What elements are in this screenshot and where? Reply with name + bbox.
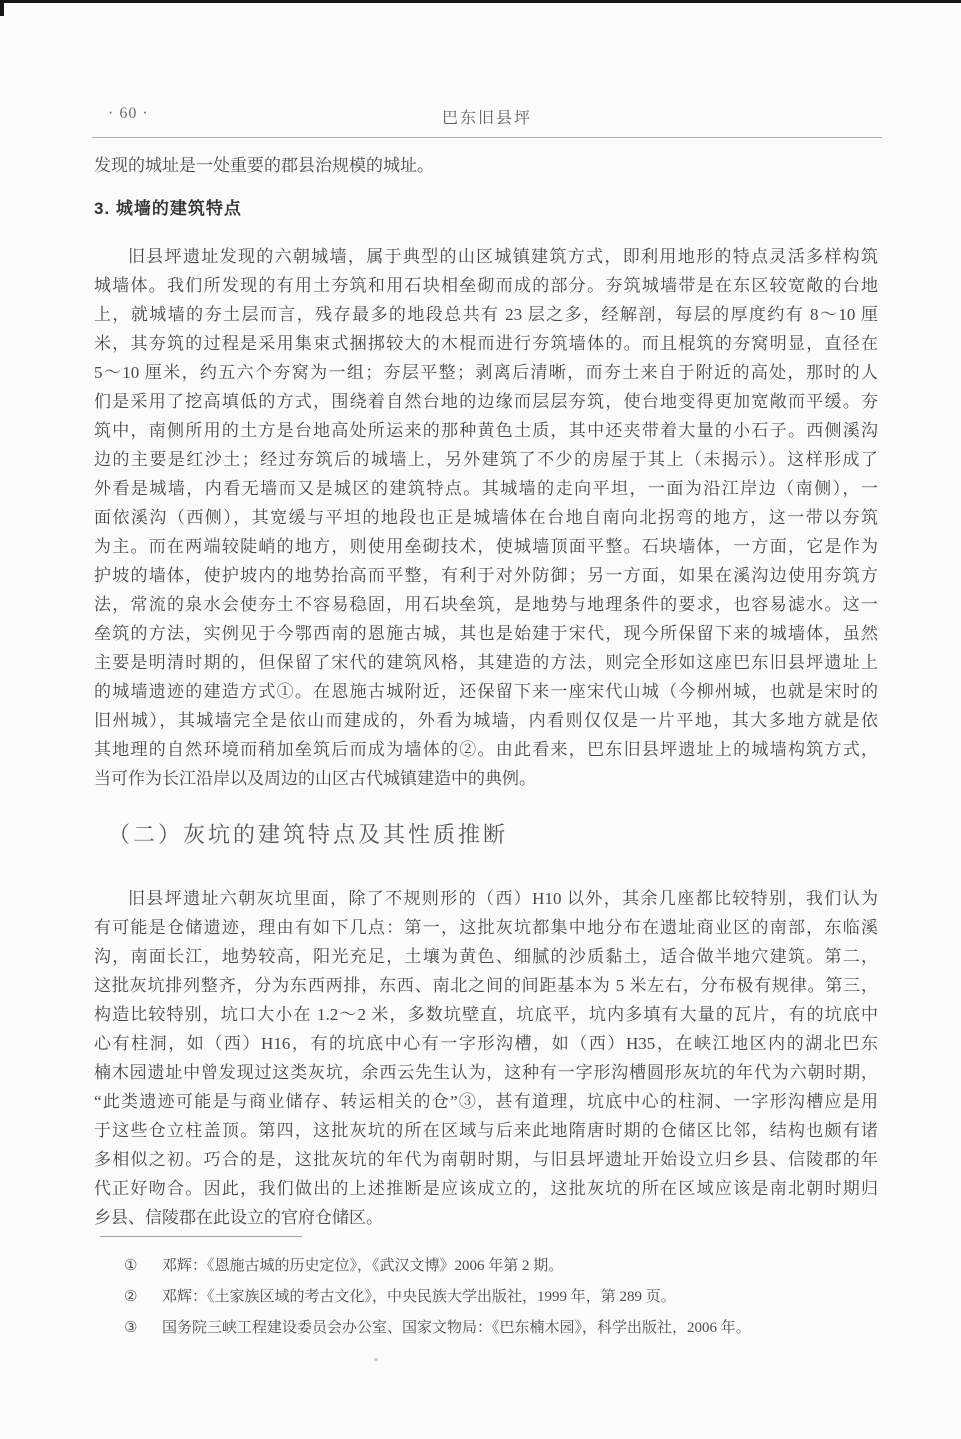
footnote-marker: ① bbox=[124, 1251, 162, 1282]
running-title: 巴东旧县坪 bbox=[94, 105, 880, 128]
text-line: 主要是明清时期的，但保留了宋代的建筑风格，其建造的方法，则完全形如这座巴东旧县坪… bbox=[94, 648, 878, 677]
text-line: 筑中，南侧所用的土方是台地高处所运来的那种黄色土质，其中还夹带着大量的小石子。西… bbox=[94, 416, 878, 445]
text-line: 垒筑的方法，实例见于今鄂西南的恩施古城，其也是始建于宋代，现今所保留下来的城墙体… bbox=[94, 619, 878, 648]
text-line: 有可能是仓储遗迹，理由有如下几点：第一，这批灰坑都集中地分布在遗址商业区的南部，… bbox=[94, 913, 878, 942]
footnote: ② 邓辉：《土家族区域的考古文化》，中央民族大学出版社，1999 年，第 289… bbox=[94, 1282, 880, 1313]
header-rule bbox=[92, 137, 882, 138]
text-line: 构造比较特别，坑口大小在 1.2～2 米，多数坑壁直，坑底平，坑内多填有大量的瓦… bbox=[94, 1000, 878, 1029]
text-line: 外看是城墙，内看无墙而又是城区的建筑特点。其城墙的走向平坦，一面为沿江岸边（南侧… bbox=[94, 474, 878, 503]
footnote-text: 国务院三峡工程建设委员会办公室、国家文物局：《巴东楠木园》，科学出版社，2006… bbox=[162, 1313, 880, 1344]
wall-construction-paragraph: 旧县坪遗址发现的六朝城墙，属于典型的山区城镇建筑方式，即利用地形的特点灵活多样构… bbox=[94, 242, 878, 793]
text-line: 这批灰坑排列整齐，分为东西两排，东西、南北之间的间距基本为 5 米左右，分布极有… bbox=[94, 971, 878, 1000]
text-line: 的城墙遗迹的建造方式①。在恩施古城附近，还保留下来一座宋代山城（今柳州城，也就是… bbox=[94, 677, 878, 706]
text-line: 于这些仓立柱盖顶。第四，这批灰坑的所在区域与后来此地隋唐时期的仓储区比邻，结构也… bbox=[94, 1116, 878, 1145]
page-header: · 60 · 巴东旧县坪 bbox=[94, 105, 880, 129]
footnote: ① 邓辉：《恩施古城的历史定位》，《武汉文博》2006 年第 2 期。 bbox=[94, 1251, 880, 1282]
text-line: 心有柱洞，如（西）H16，有的坑底中心有一字形沟槽，如（西）H35，在峡江地区内… bbox=[94, 1029, 878, 1058]
text-line: 多相似之初。巧合的是，这批灰坑的年代为南朝时期，与旧县坪遗址开始设立归乡县、信陵… bbox=[94, 1145, 878, 1174]
text-line: 上，就城墙的夯土层而言，残存最多的地段总共有 23 层之多，经解剖，每层的厚度约… bbox=[94, 300, 878, 329]
text-line: 法，常流的泉水会使夯土不容易稳固，用石块垒筑，是地势与地理条件的要求，也容易滤水… bbox=[94, 590, 878, 619]
text-line: 楠木园遗址中曾发现过这类灰坑，余西云先生认为，这种有一字形沟槽圆形灰坑的年代为六… bbox=[94, 1058, 878, 1087]
text-line: 护坡的墙体，使护坡内的地势抬高而平整，有利于对外防御；另一方面，如果在溪沟边使用… bbox=[94, 561, 878, 590]
text-line: “此类遗迹可能是与商业储存、转运相关的仓”③，甚有道理，坑底中心的柱洞、一字形沟… bbox=[94, 1087, 878, 1116]
footnote-marker: ② bbox=[124, 1282, 162, 1313]
text-line: 沟，南面长江，地势较高，阳光充足，土壤为黄色、细腻的沙质黏土，适合做半地穴建筑。… bbox=[94, 942, 878, 971]
text-line: 旧县坪遗址六朝灰坑里面，除了不规则形的（西）H10 以外，其余几座都比较特别，我… bbox=[94, 884, 878, 913]
text-line: 面依溪沟（西侧），其宽缓与平坦的地段也正是城墙体在台地自南向北拐弯的地方，这一带… bbox=[94, 503, 878, 532]
ash-pit-paragraph: 旧县坪遗址六朝灰坑里面，除了不规则形的（西）H10 以外，其余几座都比较特别，我… bbox=[94, 884, 878, 1232]
scan-speck bbox=[374, 1358, 378, 1361]
text-line: 城墙体。我们所发现的有用土夯筑和用石块相垒砌而成的部分。夯筑城墙带是在东区较宽敞… bbox=[94, 271, 878, 300]
text-line: 为主。而在两端较陡峭的地方，则使用垒砌技术，使城墙顶面平整。石块墙体，一方面，它… bbox=[94, 532, 878, 561]
scanned-page: · 60 · 巴东旧县坪 发现的城址是一处重要的郡县治规模的城址。 3. 城墙的… bbox=[0, 0, 961, 1439]
text-line: 当可作为长江沿岸以及周边的山区古代城镇建造中的典例。 bbox=[94, 764, 878, 793]
text-line: 边的主要是红沙土；经过夯筑后的城墙上，另外建筑了不少的房屋于其上（未揭示）。这样… bbox=[94, 445, 878, 474]
text-line: 5～10 厘米，约五六个夯窝为一组；夯层平整；剥离后清晰，而夯土来自于附近的高处… bbox=[94, 358, 878, 387]
section-heading-numbered: 3. 城墙的建筑特点 bbox=[94, 194, 242, 219]
scan-edge-artifact bbox=[0, 0, 961, 3]
footnote-marker: ③ bbox=[124, 1313, 162, 1344]
text-line: 米，其夯筑的过程是采用集束式捆挷较大的木棍而进行夯筑墙体的。而且棍筑的夯窝明显，… bbox=[94, 329, 878, 358]
text-line: 旧州城），其城墙完全是依山而建成的，外看为城墙，内看则仅仅是一片平地，其大多地方… bbox=[94, 706, 878, 735]
page-number: · 60 · bbox=[108, 105, 149, 123]
footnote-text: 邓辉：《恩施古城的历史定位》，《武汉文博》2006 年第 2 期。 bbox=[162, 1251, 880, 1282]
text-line: 乡县、信陵郡在此设立的官府仓储区。 bbox=[94, 1203, 878, 1232]
text-line: 们是采用了挖高填低的方式，围绕着自然台地的边缘而层层夯筑，使台地变得更加宽敞而平… bbox=[94, 387, 878, 416]
footnote-separator bbox=[100, 1236, 302, 1237]
text-line: 代正好吻合。因此，我们做出的上述推断是应该成立的，这批灰坑的所在区域应该是南北朝… bbox=[94, 1174, 878, 1203]
text-line: 其地理的自然环境而稍加垒筑后而成为墙体的②。由此看来，巴东旧县坪遗址上的城墙构筑… bbox=[94, 735, 878, 764]
footnotes: ① 邓辉：《恩施古城的历史定位》，《武汉文博》2006 年第 2 期。 ② 邓辉… bbox=[94, 1251, 880, 1344]
footnote-text: 邓辉：《土家族区域的考古文化》，中央民族大学出版社，1999 年，第 289 页… bbox=[162, 1282, 880, 1313]
footnote: ③ 国务院三峡工程建设委员会办公室、国家文物局：《巴东楠木园》，科学出版社，20… bbox=[94, 1313, 880, 1344]
text-line: 旧县坪遗址发现的六朝城墙，属于典型的山区城镇建筑方式，即利用地形的特点灵活多样构… bbox=[94, 242, 878, 271]
intro-paragraph: 发现的城址是一处重要的郡县治规模的城址。 bbox=[94, 151, 880, 180]
scan-corner-artifact bbox=[0, 0, 4, 16]
section-heading-sub: （二）灰坑的建筑特点及其性质推断 bbox=[108, 818, 508, 849]
